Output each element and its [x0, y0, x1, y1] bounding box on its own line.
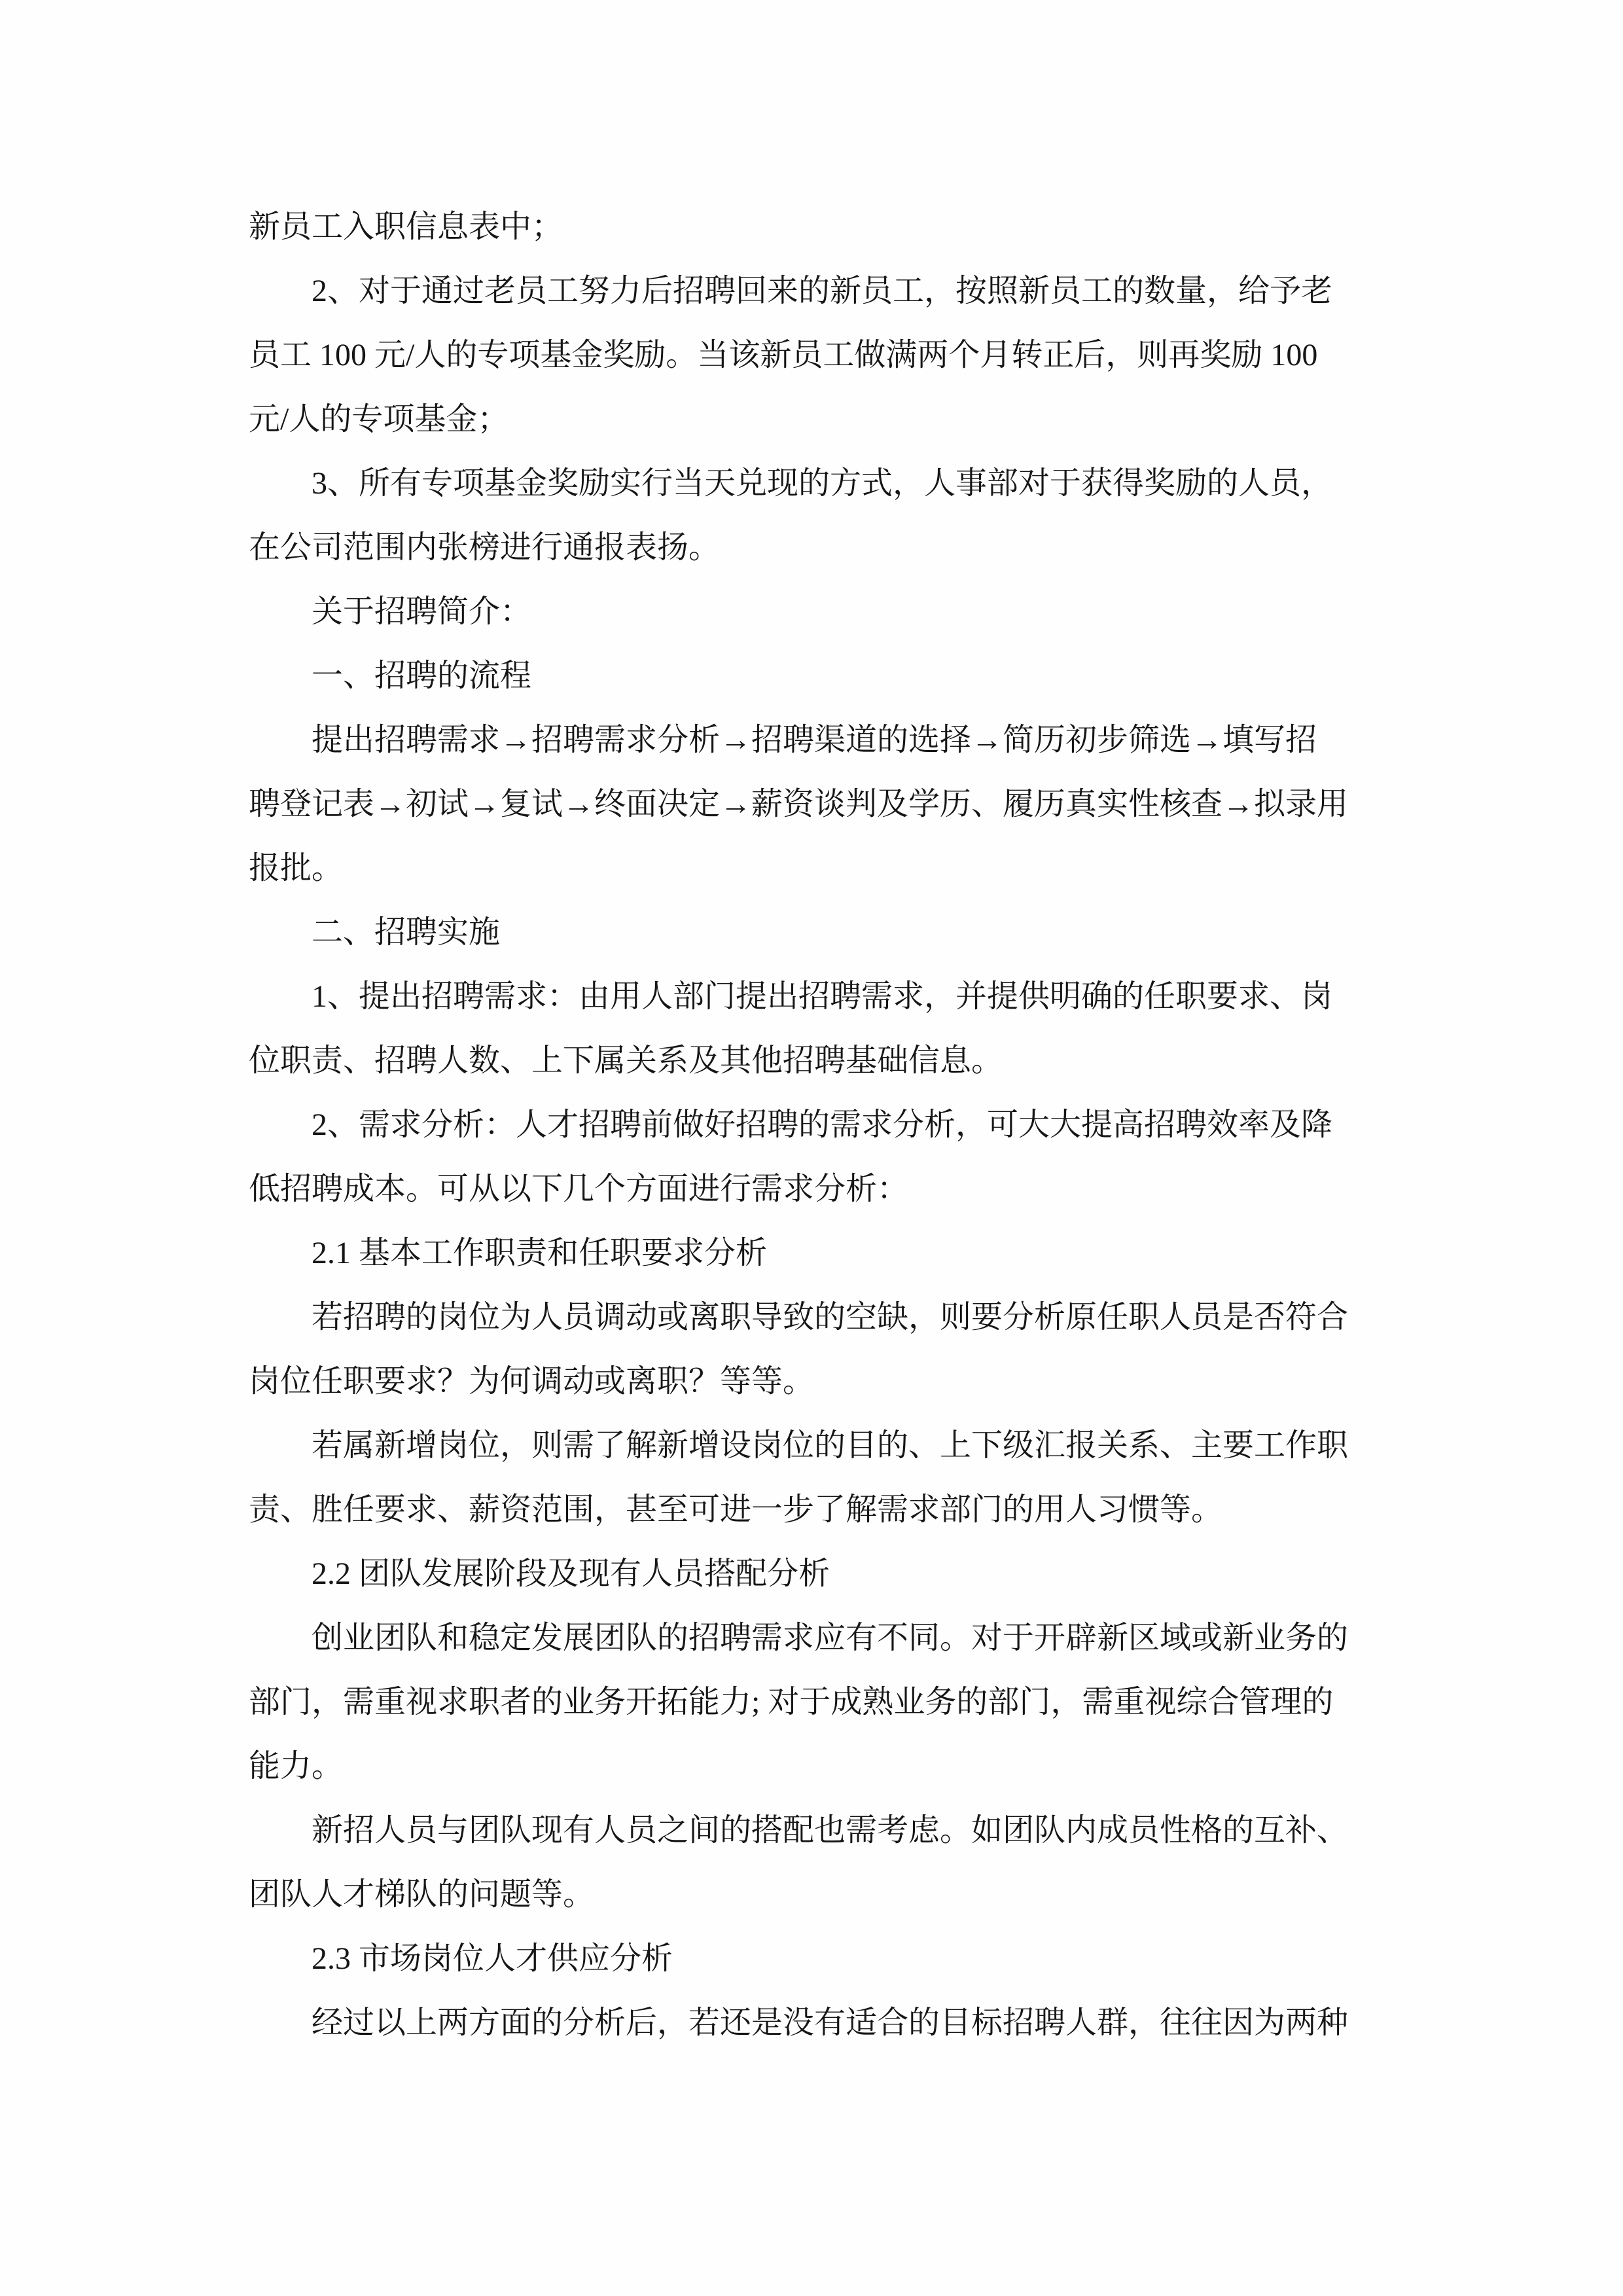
text-line: 部门，需重视求职者的业务开拓能力; 对于成熟业务的部门，需重视综合管理的	[249, 1670, 1378, 1734]
text-line: 能力。	[249, 1734, 1378, 1799]
text-line: 聘登记表→初试→复试→终面决定→薪资谈判及学历、履历真实性核查→拟录用	[249, 772, 1378, 836]
text-line: 2.2 团队发展阶段及现有人员搭配分析	[249, 1542, 1378, 1606]
text-line: 低招聘成本。可从以下几个方面进行需求分析：	[249, 1157, 1378, 1221]
text-line: 经过以上两方面的分析后，若还是没有适合的目标招聘人群，往往因为两种	[249, 1991, 1378, 2055]
text-line: 提出招聘需求→招聘需求分析→招聘渠道的选择→简历初步筛选→填写招	[249, 708, 1378, 772]
text-line: 在公司范围内张榜进行通报表扬。	[249, 516, 1378, 580]
text-line: 一、招聘的流程	[249, 644, 1378, 708]
text-line: 员工 100 元/人的专项基金奖励。当该新员工做满两个月转正后，则再奖励 100	[249, 323, 1378, 387]
text-line: 元/人的专项基金；	[249, 387, 1378, 452]
text-line: 若属新增岗位，则需了解新增设岗位的目的、上下级汇报关系、主要工作职	[249, 1414, 1378, 1478]
text-line: 新员工入职信息表中；	[249, 195, 1378, 259]
text-line: 新招人员与团队现有人员之间的搭配也需考虑。如团队内成员性格的互补、	[249, 1799, 1378, 1863]
document-page: 新员工入职信息表中； 2、对于通过老员工努力后招聘回来的新员工，按照新员工的数量…	[0, 0, 1623, 2296]
text-line: 1、提出招聘需求：由用人部门提出招聘需求，并提供明确的任职要求、岗	[249, 965, 1378, 1029]
text-line: 责、胜任要求、薪资范围，甚至可进一步了解需求部门的用人习惯等。	[249, 1478, 1378, 1542]
text-line: 位职责、招聘人数、上下属关系及其他招聘基础信息。	[249, 1029, 1378, 1093]
text-line: 团队人才梯队的问题等。	[249, 1863, 1378, 1927]
text-line: 关于招聘简介：	[249, 580, 1378, 644]
text-line: 二、招聘实施	[249, 901, 1378, 965]
text-line: 2.1 基本工作职责和任职要求分析	[249, 1221, 1378, 1285]
text-line: 创业团队和稳定发展团队的招聘需求应有不同。对于开辟新区域或新业务的	[249, 1606, 1378, 1670]
text-line: 2.3 市场岗位人才供应分析	[249, 1927, 1378, 1991]
text-line: 若招聘的岗位为人员调动或离职导致的空缺，则要分析原任职人员是否符合	[249, 1285, 1378, 1350]
document-text-block: 新员工入职信息表中； 2、对于通过老员工努力后招聘回来的新员工，按照新员工的数量…	[249, 195, 1378, 2055]
text-line: 岗位任职要求？为何调动或离职？等等。	[249, 1350, 1378, 1414]
text-line: 2、需求分析：人才招聘前做好招聘的需求分析，可大大提高招聘效率及降	[249, 1093, 1378, 1157]
text-line: 报批。	[249, 836, 1378, 901]
text-line: 2、对于通过老员工努力后招聘回来的新员工，按照新员工的数量，给予老	[249, 259, 1378, 323]
text-line: 3、所有专项基金奖励实行当天兑现的方式，人事部对于获得奖励的人员，	[249, 452, 1378, 516]
